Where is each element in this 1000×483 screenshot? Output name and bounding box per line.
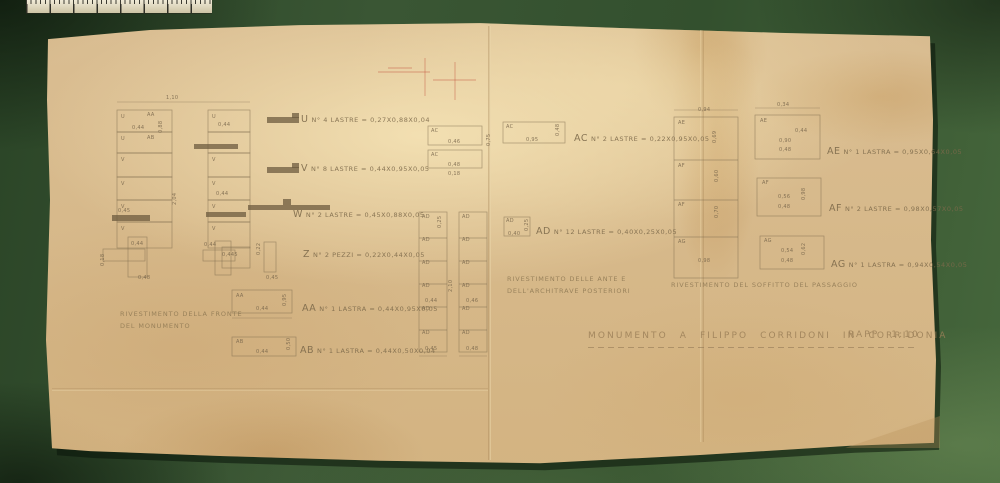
pencil-annotation: V — [121, 157, 125, 163]
legend-code: V — [301, 163, 308, 174]
pencil-annotation: 0,445 — [222, 252, 238, 258]
pencil-annotation: 0,44 — [132, 125, 144, 131]
caption-front: RIVESTIMENTO DELLA FRONTE DEL MONUMENTO — [120, 308, 243, 332]
pencil-annotation: 0,60 — [714, 170, 720, 182]
pencil-ledge-profile — [112, 215, 150, 221]
legend-code: U — [301, 114, 308, 125]
pencil-annotation: 0,18 — [100, 254, 106, 266]
pencil-annotation: 0,75 — [486, 134, 492, 146]
pencil-rect — [117, 132, 172, 153]
pencil-annotation: 0,54 — [781, 248, 793, 254]
pencil-annotation: AF — [678, 202, 685, 208]
pencil-annotation: 0,34 — [777, 102, 789, 108]
pencil-annotation: 0,95 — [526, 137, 538, 143]
legend-desc: N° 2 LASTRE = 0,22X0,95X0,05 — [591, 135, 710, 143]
legend-code: AB — [300, 345, 314, 356]
legend-item-ag: AGN° 1 LASTRA = 0,94X0,54X0,05 — [831, 259, 967, 270]
pencil-annotation: V — [212, 181, 216, 187]
caption-line: RIVESTIMENTO DELLE ANTE E — [507, 273, 631, 285]
legend-item-u: UN° 4 LASTRE = 0,27X0,88X0,04 — [301, 114, 430, 125]
legend-desc: N° 12 LASTRE = 0,40X0,25X0,05 — [554, 228, 677, 236]
pencil-annotation: 1,10 — [166, 95, 178, 101]
pencil-ledge-profile — [283, 199, 291, 205]
pencil-annotation: V — [121, 226, 125, 232]
pencil-annotation: 0,62 — [801, 243, 807, 255]
legend-item-z: ZN° 2 PEZZI = 0,22X0,44X0,05 — [303, 249, 425, 260]
pencil-annotation: 0,70 — [714, 206, 720, 218]
pencil-rect — [208, 132, 250, 153]
pencil-rect — [117, 153, 172, 177]
legend-item-ae: AEN° 1 LASTRA = 0,95X0,64X0,05 — [827, 146, 962, 157]
caption-line: DELL'ARCHITRAVE POSTERIORI — [507, 285, 631, 297]
pencil-annotation: 0,98 — [801, 188, 807, 200]
pencil-annotation: AC — [431, 152, 439, 158]
pencil-annotation: 0,48 — [466, 346, 478, 352]
legend-code: AF — [829, 203, 842, 214]
pencil-annotation: 0,48 — [778, 204, 790, 210]
pencil-annotation: 0,48 — [448, 162, 460, 168]
pencil-annotation: AG — [678, 239, 686, 245]
pencil-annotation: AD — [462, 214, 470, 220]
legend-desc: N° 1 LASTRA = 0,94X0,54X0,05 — [849, 261, 968, 269]
pencil-annotation: U — [212, 114, 216, 120]
legend-code: AG — [831, 259, 846, 270]
pencil-annotation: 0,45 — [118, 208, 130, 214]
pencil-annotation: AC — [506, 124, 514, 130]
pencil-annotation: V — [212, 204, 216, 210]
pencil-annotation: AD — [462, 306, 470, 312]
caption-ceiling: RIVESTIMENTO DEL SOFFITTO DEL PASSAGGIO — [671, 279, 858, 291]
pencil-annotation: AD — [422, 260, 430, 266]
pencil-annotation: AD — [462, 283, 470, 289]
pencil-annotation: 0,44 — [204, 242, 216, 248]
pencil-annotation: 0,48 — [781, 258, 793, 264]
pencil-annotation: 2,04 — [172, 193, 178, 205]
pencil-annotation: 0,56 — [778, 194, 790, 200]
pencil-ledge-profile — [292, 163, 299, 168]
pencil-annotation: 0,98 — [698, 258, 710, 264]
pencil-annotation: 0,45 — [266, 275, 278, 281]
caption-line: RIVESTIMENTO DELLA FRONTE — [120, 308, 243, 320]
pencil-rect — [103, 249, 145, 261]
pencil-annotation: V — [212, 226, 216, 232]
pencil-rect — [215, 241, 231, 275]
pencil-annotation: AD — [422, 330, 430, 336]
pencil-annotation: AE — [678, 120, 685, 126]
legend-code: W — [293, 209, 303, 220]
pencil-annotation: 0,44 — [218, 122, 230, 128]
pencil-annotation: 0,44 — [216, 191, 228, 197]
pencil-annotation: 0,48 — [555, 124, 561, 136]
pencil-annotation: AD — [462, 330, 470, 336]
pencil-rect — [117, 177, 172, 200]
legend-desc: N° 8 LASTRE = 0,44X0,95X0,05 — [311, 165, 430, 173]
legend-desc: N° 1 LASTRA = 0,44X0,50X0,04 — [317, 347, 436, 355]
pencil-annotation: AD — [422, 283, 430, 289]
photo-of-technical-drawing: UUVVVVUVVVVAAAB1,100,440,440,882,040,450… — [0, 0, 1000, 483]
legend-code: Z — [303, 249, 310, 260]
pencil-annotation: U — [121, 114, 125, 120]
pencil-annotation: AF — [762, 180, 769, 186]
legend-item-aa: AAN° 1 LASTRA = 0,44X0,95X0,05 — [302, 303, 438, 314]
pencil-annotation: V — [121, 181, 125, 187]
legend-item-af: AFN° 2 LASTRE = 0,98X0,57X0,05 — [829, 203, 964, 214]
legend-desc: N° 1 LASTRA = 0,95X0,64X0,05 — [844, 148, 963, 156]
legend-desc: N° 1 LASTRA = 0,44X0,95X0,05 — [319, 305, 438, 313]
pencil-annotation: 0,25 — [524, 219, 530, 231]
pencil-annotation: AD — [422, 237, 430, 243]
pencil-annotation: 2,10 — [448, 280, 454, 292]
pencil-annotation: AC — [431, 128, 439, 134]
pencil-annotation: 0,18 — [448, 171, 460, 177]
pencil-annotation: 0,94 — [698, 107, 710, 113]
pencil-ledge-profile — [206, 212, 246, 217]
caption-rear: RIVESTIMENTO DELLE ANTE E DELL'ARCHITRAV… — [507, 273, 631, 297]
pencil-rect — [117, 222, 172, 248]
pencil-drawing-layer: UUVVVVUVVVVAAAB1,100,440,440,882,040,450… — [0, 0, 1000, 483]
legend-item-w: WN° 2 LASTRE = 0,45X0,88X0,05 — [293, 209, 425, 220]
legend-item-ac: ACN° 2 LASTRE = 0,22X0,95X0,05 — [574, 133, 710, 144]
pencil-annotation: 0,44 — [795, 128, 807, 134]
legend-code: AC — [574, 133, 588, 144]
pencil-annotation: 0,69 — [712, 131, 718, 143]
pencil-annotation: AA — [236, 293, 244, 299]
pencil-annotation: 0,46 — [448, 139, 460, 145]
pencil-annotation: AD — [462, 237, 470, 243]
pencil-annotation: AE — [760, 118, 767, 124]
pencil-annotation: AB — [147, 135, 155, 141]
pencil-annotation: 0,44 — [131, 241, 143, 247]
legend-item-v: VN° 8 LASTRE = 0,44X0,95X0,05 — [301, 163, 430, 174]
drawing-scale: RAPP 1:10 — [848, 330, 920, 340]
legend-code: AA — [302, 303, 316, 314]
pencil-annotation: 0,22 — [256, 243, 262, 255]
caption-line: RIVESTIMENTO DEL SOFFITTO DEL PASSAGGIO — [671, 279, 858, 291]
pencil-annotation: AD — [462, 260, 470, 266]
pencil-ledge-profile — [194, 144, 238, 149]
pencil-annotation: 0,44 — [256, 306, 268, 312]
pencil-annotation: 0,90 — [779, 138, 791, 144]
legend-code: AE — [827, 146, 841, 157]
pencil-annotation: AF — [678, 163, 685, 169]
pencil-ledge-profile — [292, 113, 299, 118]
legend-item-ad: ADN° 12 LASTRE = 0,40X0,25X0,05 — [536, 226, 677, 237]
legend-item-ab: ABN° 1 LASTRA = 0,44X0,50X0,04 — [300, 345, 436, 356]
pencil-annotation: 0,46 — [466, 298, 478, 304]
pencil-annotation: AG — [764, 238, 772, 244]
pencil-annotation: 0,48 — [138, 275, 150, 281]
pencil-annotation: AB — [236, 339, 244, 345]
legend-desc: N° 4 LASTRE = 0,27X0,88X0,04 — [311, 116, 430, 124]
legend-desc: N° 2 LASTRE = 0,45X0,88X0,05 — [306, 211, 425, 219]
pencil-annotation: U — [121, 136, 125, 142]
pencil-rect — [264, 242, 276, 272]
pencil-annotation: 0,95 — [282, 294, 288, 306]
caption-line: DEL MONUMENTO — [120, 320, 243, 332]
legend-desc: N° 2 PEZZI = 0,22X0,44X0,05 — [313, 251, 425, 259]
pencil-annotation: 0,44 — [256, 349, 268, 355]
pencil-annotation: AD — [506, 218, 514, 224]
pencil-annotation: V — [212, 157, 216, 163]
pencil-annotation: 0,40 — [508, 231, 520, 237]
pencil-annotation: 0,25 — [437, 216, 443, 228]
title-underline — [588, 347, 914, 348]
pencil-annotation: 0,88 — [158, 121, 164, 133]
pencil-annotation: AA — [147, 112, 155, 118]
legend-code: AD — [536, 226, 551, 237]
pencil-annotation: 0,50 — [286, 338, 292, 350]
pencil-annotation: 0,48 — [779, 147, 791, 153]
legend-desc: N° 2 LASTRE = 0,98X0,57X0,05 — [845, 205, 964, 213]
